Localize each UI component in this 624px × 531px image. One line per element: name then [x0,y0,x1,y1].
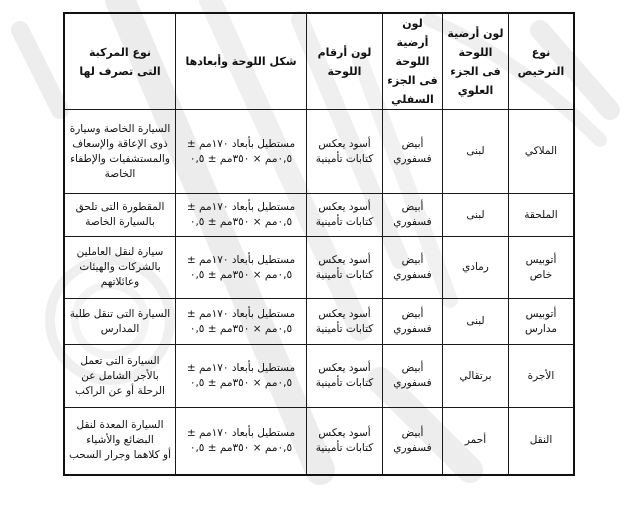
cell-digits-color: أسود يعكس كتابات تأمينية [307,237,383,299]
cell-lower-color: أبيض فسفوري [383,299,443,345]
cell-plate-shape: مستطيل بأبعاد ١٧٠مم ± ٠,٥مم × ٣٥٠مم ± ٠,… [176,237,307,299]
cell-license-type: النقل [509,408,575,475]
table-row: أتوبيس مدارس لبنى أبيض فسفوري أسود يعكس … [64,299,574,345]
header-license-type: نوع الترخيص [509,13,575,110]
cell-upper-color: رمادي [443,237,509,299]
table-row: أتوبيس خاص رمادي أبيض فسفوري أسود يعكس ك… [64,237,574,299]
cell-license-type: أتوبيس خاص [509,237,575,299]
cell-plate-shape: مستطيل بأبعاد ١٧٠مم ± ٠,٥مم × ٣٥٠مم ± ٠,… [176,194,307,237]
cell-plate-shape: مستطيل بأبعاد ١٧٠مم ± ٠,٥مم × ٣٥٠مم ± ٠,… [176,345,307,408]
cell-upper-color: لبنى [443,299,509,345]
cell-digits-color: أسود يعكس كتابات تأمينية [307,408,383,475]
cell-digits-color: أسود يعكس كتابات تأمينية [307,194,383,237]
cell-vehicle-type: السيارة التى تعمل بالأجر الشامل عن الرحل… [64,345,176,408]
table-header-row: نوع الترخيص لون أرضية اللوحة فى الجزء ال… [64,13,574,110]
header-plate-shape: شكل اللوحة وأبعادها [176,13,307,110]
cell-vehicle-type: السيارة الخاصة وسيارة ذوى الإعاقة والإسع… [64,110,176,194]
cell-license-type: الملحقة [509,194,575,237]
header-digits-color: لون أرقام اللوحة [307,13,383,110]
cell-lower-color: أبيض فسفوري [383,345,443,408]
license-plate-table: نوع الترخيص لون أرضية اللوحة فى الجزء ال… [63,12,575,476]
cell-plate-shape: مستطيل بأبعاد ١٧٠مم ± ٠,٥مم × ٣٥٠مم ± ٠,… [176,299,307,345]
cell-vehicle-type: السيارة التى تنقل طلبة المدارس [64,299,176,345]
cell-lower-color: أبيض فسفوري [383,110,443,194]
cell-license-type: الأجرة [509,345,575,408]
header-vehicle-type: نوع المركبة التى تصرف لها [64,13,176,110]
cell-license-type: أتوبيس مدارس [509,299,575,345]
cell-vehicle-type: سيارة لنقل العاملين بالشركات والهيئات وع… [64,237,176,299]
table-row: الملاكي لبنى أبيض فسفوري أسود يعكس كتابا… [64,110,574,194]
cell-upper-color: لبنى [443,110,509,194]
table-row: النقل أحمر أبيض فسفوري أسود يعكس كتابات … [64,408,574,475]
cell-upper-color: أحمر [443,408,509,475]
header-lower-color: لون أرضية اللوحة فى الجزء السفلي [383,13,443,110]
cell-plate-shape: مستطيل بأبعاد ١٧٠مم ± ٠,٥مم × ٣٥٠مم ± ٠,… [176,110,307,194]
table-row: الملحقة لبنى أبيض فسفوري أسود يعكس كتابا… [64,194,574,237]
cell-plate-shape: مستطيل بأبعاد ١٧٠مم ± ٠,٥مم × ٣٥٠مم ± ٠,… [176,408,307,475]
cell-vehicle-type: السيارة المعدة لنقل البضائع والأشياء أو … [64,408,176,475]
cell-digits-color: أسود يعكس كتابات تأمينية [307,345,383,408]
cell-upper-color: برتقالي [443,345,509,408]
cell-digits-color: أسود يعكس كتابات تأمينية [307,299,383,345]
cell-license-type: الملاكي [509,110,575,194]
table-row: الأجرة برتقالي أبيض فسفوري أسود يعكس كتا… [64,345,574,408]
cell-lower-color: أبيض فسفوري [383,408,443,475]
cell-digits-color: أسود يعكس كتابات تأمينية [307,110,383,194]
cell-upper-color: لبنى [443,194,509,237]
cell-lower-color: أبيض فسفوري [383,237,443,299]
cell-lower-color: أبيض فسفوري [383,194,443,237]
header-upper-color: لون أرضية اللوحة فى الجزء العلوي [443,13,509,110]
cell-vehicle-type: المقطورة التى تلحق بالسيارة الخاصة [64,194,176,237]
